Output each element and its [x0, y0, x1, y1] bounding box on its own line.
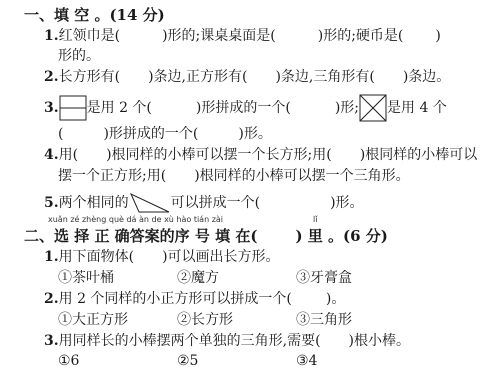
question-text: )形拼成的一个(: [103, 126, 198, 142]
section-2-pinyin-li: lǐ: [313, 215, 317, 224]
option-2[interactable]: ②5: [177, 352, 198, 370]
question-text: 用 2 个同样的小正方形可以拼成一个(: [59, 291, 292, 307]
square-x-icon: [359, 100, 387, 116]
question-text: 摆一个正方形;用(: [58, 168, 166, 184]
option-1[interactable]: ①6: [58, 352, 79, 370]
question-1-3-cont: ()形拼成的一个()形。: [58, 125, 272, 143]
option-1[interactable]: ①茶叶桶: [58, 269, 114, 287]
question-text: 是用 2 个(: [87, 100, 152, 116]
question-text: )根同样的小棒可以摆一个三角形。: [194, 168, 409, 184]
question-text: 可以拼成一个(: [171, 195, 260, 211]
question-text: 两个相同的: [59, 195, 129, 211]
question-number: 2.: [44, 291, 59, 307]
question-text: )根小棒。: [349, 333, 410, 349]
question-1-4: 4.用()根同样的小棒可以摆一个长方形;用()根同样的小棒可以: [44, 146, 477, 164]
question-1-1-cont: 形的。: [58, 47, 100, 65]
section-title-text: ) 里 。(6 分): [295, 227, 387, 245]
question-1-4-cont: 摆一个正方形;用()根同样的小棒可以摆一个三角形。: [58, 167, 410, 185]
question-text: )形;: [335, 100, 359, 116]
option-2[interactable]: ②长方形: [177, 311, 233, 329]
question-2-2: 2.用 2 个同样的小正方形可以拼成一个()。: [44, 290, 345, 308]
option-2[interactable]: ②魔方: [177, 269, 219, 287]
question-text: (: [58, 126, 63, 142]
question-text: ): [435, 28, 440, 44]
question-number: 3.: [44, 333, 59, 349]
question-text: 用同样长的小棒摆两个单独的三角形,需要(: [59, 333, 321, 349]
option-3[interactable]: ③牙膏盒: [296, 269, 352, 287]
rectangle-split-icon: [59, 100, 87, 116]
section-1-title: 一、填 空 。(14 分): [24, 6, 165, 24]
question-text: )形的;硬币是(: [318, 28, 404, 44]
question-1-3: 3.是用 2 个()形拼成的一个()形;是用 4 个: [44, 94, 447, 122]
question-text: )形拼成的一个(: [196, 100, 291, 116]
section-2-pinyin: xuǎn zé zhèng què dá àn de xù hào tián z…: [48, 215, 223, 224]
question-number: 1.: [44, 249, 59, 265]
question-2-1: 1.用下面物体()可以画出长方形。: [44, 248, 280, 266]
question-number: 1.: [44, 28, 59, 44]
question-text: )条边,三角形有(: [275, 69, 374, 85]
question-text: 红领巾是(: [59, 28, 120, 44]
question-number: 4.: [44, 147, 59, 163]
question-text: 用(: [59, 147, 78, 163]
question-text: )。: [326, 291, 345, 307]
question-2-3: 3.用同样长的小棒摆两个单独的三角形,需要()根小棒。: [44, 332, 410, 350]
question-text: )根同样的小棒可以: [360, 147, 477, 163]
section-2-title: 二、选 择 正 确答案的序 号 填 在() 里 。(6 分): [24, 227, 388, 245]
question-text: 用下面物体(: [59, 249, 134, 265]
question-text: 长方形有(: [59, 69, 120, 85]
question-1-5: 5.两个相同的可以拼成一个()形。: [44, 192, 364, 214]
question-text: )可以画出长方形。: [162, 249, 279, 265]
option-3[interactable]: ③4: [296, 352, 317, 370]
option-1[interactable]: ①大正方形: [58, 311, 128, 329]
question-text: )形的;课桌桌面是(: [162, 28, 276, 44]
question-text: )形。: [238, 126, 271, 142]
question-number: 2.: [44, 69, 59, 85]
question-1-1: 1.红领巾是()形的;课桌桌面是()形的;硬币是(): [44, 27, 441, 45]
question-text: 是用 4 个: [387, 100, 447, 116]
question-1-2: 2.长方形有()条边,正方形有()条边,三角形有()条边。: [44, 68, 450, 86]
question-text: )形。: [330, 195, 363, 211]
triangle-icon: [129, 195, 171, 211]
question-number: 3.: [44, 100, 59, 116]
question-text: )条边。: [403, 69, 450, 85]
question-text: )条边,正方形有(: [148, 69, 247, 85]
section-title-text: 二、选 择 正 确答案的序 号 填 在(: [24, 227, 257, 245]
question-number: 5.: [44, 195, 59, 211]
question-text: )根同样的小棒可以摆一个长方形;用(: [106, 147, 332, 163]
option-3[interactable]: ③三角形: [296, 311, 352, 329]
